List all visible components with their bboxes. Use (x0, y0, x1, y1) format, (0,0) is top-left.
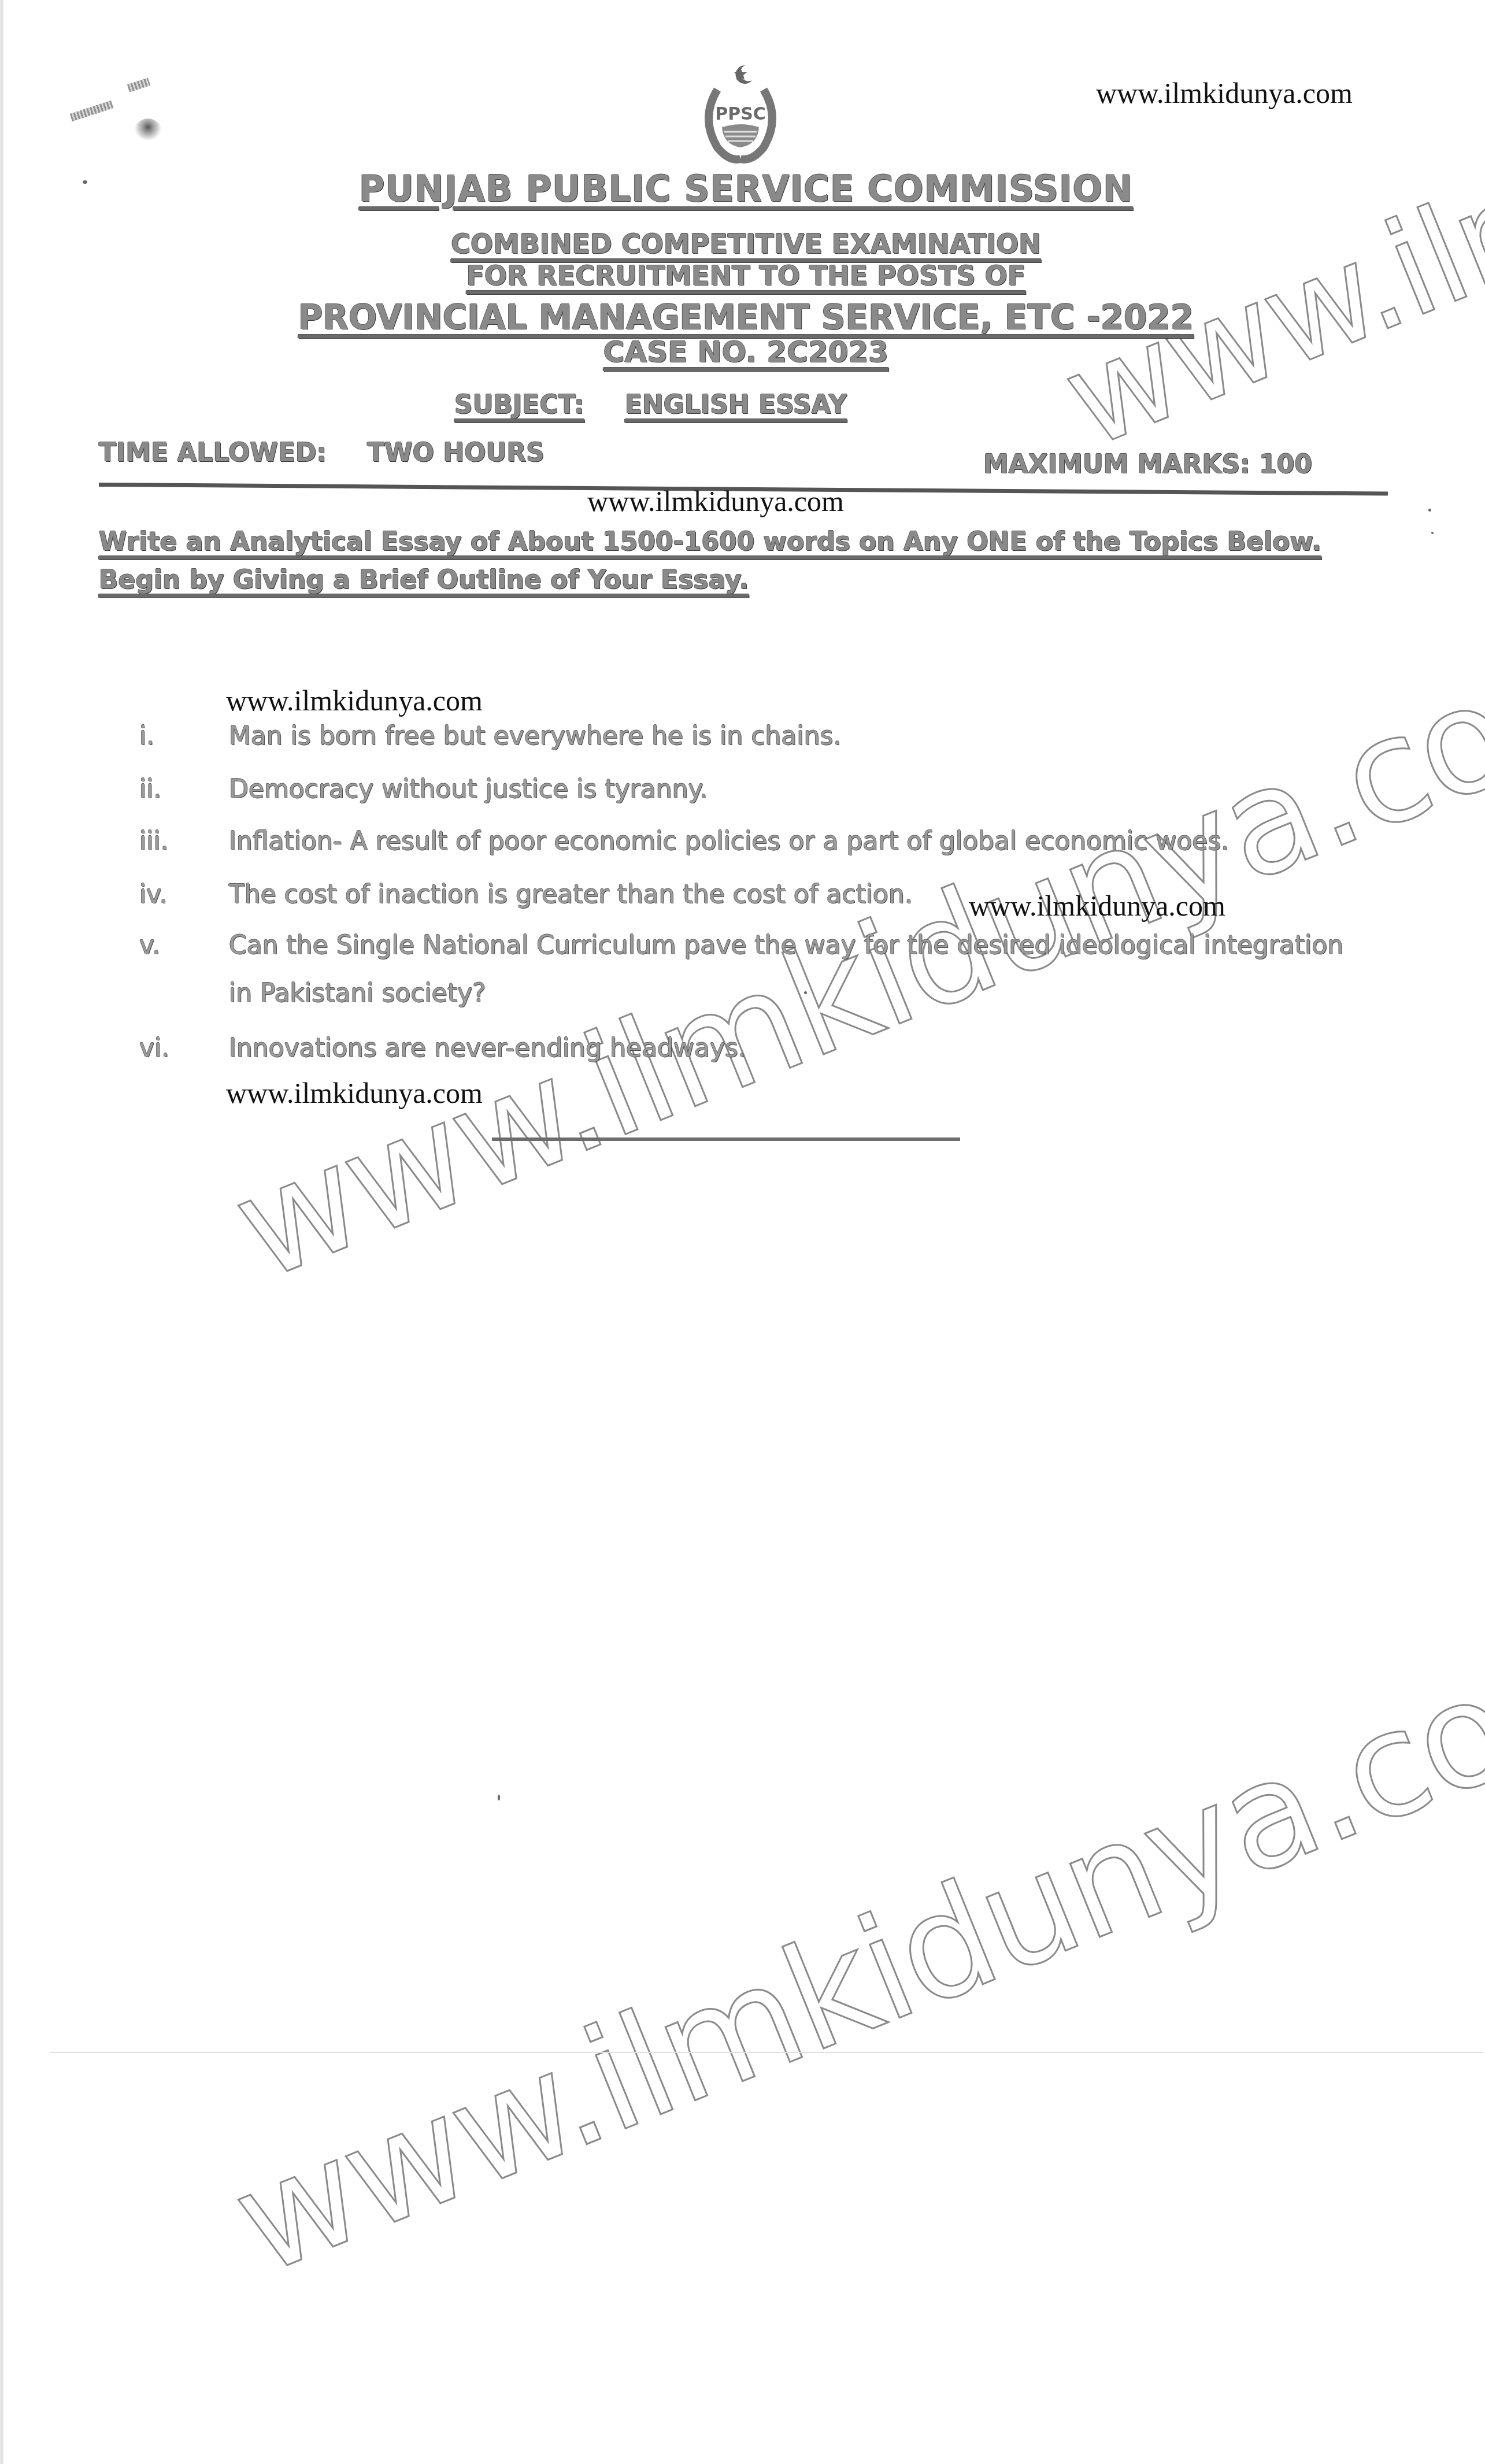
case-number: CASE NO. 2C2023 (3, 335, 1485, 369)
topic-number: v. (139, 931, 229, 960)
topic-number: ii. (139, 775, 229, 804)
essay-instruction: Write an Analytical Essay of About 1500-… (99, 523, 1399, 599)
topic-number: iii. (139, 827, 229, 856)
watermark-diagonal: www.ilmkidunya.com (212, 1591, 1485, 2307)
time-value: TWO HOURS (367, 438, 545, 468)
end-of-paper-rule (492, 1137, 960, 1141)
subject-row: SUBJECT:ENGLISH ESSAY (454, 390, 847, 420)
topic-text: Can the Single National Curriculum pave … (229, 931, 1343, 960)
topic-item: iii.Inflation- A result of poor economic… (139, 827, 1229, 856)
watermark-url: www.ilmkidunya.com (969, 889, 1225, 922)
ppsc-emblem-icon: PPSC (694, 55, 787, 171)
watermark-url: www.ilmkidunya.com (587, 484, 844, 518)
exam-title-line: COMBINED COMPETITIVE EXAMINATION (3, 228, 1485, 260)
punch-hole (134, 118, 162, 147)
topic-item: ii.Democracy without justice is tyranny. (139, 775, 708, 804)
exam-paper-page: www.ilmkidunya.com www.ilmkidunya.com ww… (0, 0, 1485, 2464)
scan-speck (498, 1795, 500, 1800)
topic-number: i. (139, 721, 229, 751)
exam-title-line: PROVINCIAL MANAGEMENT SERVICE, ETC -2022 (3, 298, 1485, 337)
scan-speck (1428, 509, 1431, 512)
organization-title: PUNJAB PUBLIC SERVICE COMMISSION (18, 168, 1474, 210)
watermark-url: www.ilmkidunya.com (226, 1076, 483, 1110)
topic-text: The cost of inaction is greater than the… (229, 880, 913, 909)
topic-text: Innovations are never-ending headways. (229, 1033, 746, 1063)
topic-item: v.Can the Single National Curriculum pav… (139, 931, 1343, 960)
topic-item: vi.Innovations are never-ending headways… (139, 1033, 746, 1063)
svg-text:PPSC: PPSC (715, 104, 766, 124)
watermark-url: www.ilmkidunya.com (226, 684, 483, 717)
topic-item: iv.The cost of inaction is greater than … (139, 880, 913, 909)
topic-text: Man is born free but everywhere he is in… (229, 721, 841, 751)
time-label: TIME ALLOWED: (99, 438, 327, 468)
subject-label: SUBJECT: (454, 390, 584, 420)
time-allowed-row: TIME ALLOWED:TWO HOURS (99, 438, 545, 468)
topic-text-continuation: in Pakistani society? (229, 979, 486, 1008)
scan-speck (1431, 532, 1434, 534)
subject-value: ENGLISH ESSAY (625, 390, 847, 420)
margin-scribble (127, 77, 150, 92)
topic-number: vi. (139, 1033, 229, 1063)
topic-number: iv. (139, 880, 229, 909)
margin-scribble (70, 101, 114, 121)
topic-text: Democracy without justice is tyranny. (229, 775, 708, 804)
maximum-marks: MAXIMUM MARKS: 100 (983, 450, 1312, 479)
exam-title-line: FOR RECRUITMENT TO THE POSTS OF (3, 260, 1485, 291)
topic-text: Inflation- A result of poor economic pol… (229, 827, 1229, 856)
page-fold-line (50, 2052, 1483, 2053)
topic-item: i.Man is born free but everywhere he is … (139, 721, 841, 751)
watermark-url: www.ilmkidunya.com (1096, 76, 1353, 110)
